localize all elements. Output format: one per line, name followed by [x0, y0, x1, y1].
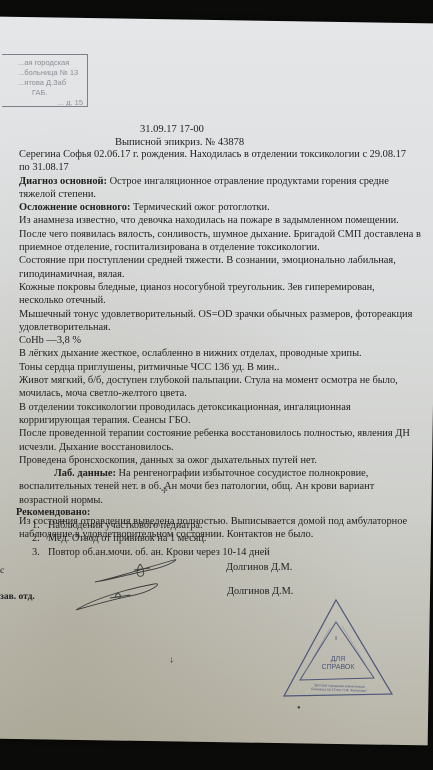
stamp-line: ...больница № 13: [18, 68, 83, 78]
stamp-line: ГАБ.: [18, 88, 83, 98]
document-date-time: 31.09.17 17-00: [140, 123, 204, 136]
body-line: CoHb —3,8 %: [19, 334, 419, 347]
recommendations-title: Рекомендовано:: [16, 506, 90, 519]
item-text: Повтор об.ан.мочи. об. ан. Крови через 1…: [48, 547, 270, 558]
diagnosis-line: тяжелой степени.: [19, 188, 419, 201]
diagnosis-text: Острое ингаляционное отравление продукта…: [107, 176, 389, 187]
body-line: После проведенной терапии состояние ребе…: [19, 427, 419, 440]
lab-line: Лаб. данные: На ренгенографии избыточное…: [19, 467, 419, 480]
stamp-line: ... д. 15: [18, 98, 83, 108]
stamp-line: ...ятова Д.Заб: [18, 78, 83, 88]
lab-line: воспалительных теней нет. в об. Ан мочи …: [19, 480, 419, 493]
body-line: мочилась, моча светло-желтого цвета.: [19, 387, 419, 400]
signature-icon: [72, 580, 162, 614]
complication-line: Осложнение основного: Термический ожог р…: [19, 201, 419, 214]
document-content: ...ая городская ...больница № 13 ...ятов…: [0, 0, 433, 770]
head-doctor-name: Долгинов Д.М.: [227, 585, 293, 598]
doctor-name: Долгинов Д.М.: [226, 561, 292, 574]
recommendations-list: 1.Наблюдения участкового педиатра. 2.Мед…: [32, 519, 270, 559]
stamp-text: ДЛЯ: [282, 656, 394, 664]
body-line: Проведена бронсхоскопия, данных за ожог …: [19, 454, 419, 467]
document-body: Серегина Софья 02.06.17 г. рождения. Нах…: [19, 148, 419, 542]
body-line: удовлетворительная.: [19, 321, 419, 334]
complication-text: Термический ожог ротоглотки.: [130, 202, 269, 213]
ink-dot: ●: [297, 702, 301, 715]
item-number: 2.: [32, 532, 48, 545]
complication-label: Осложнение основного:: [19, 202, 130, 213]
item-text: Наблюдения участкового педиатра.: [48, 520, 203, 531]
body-line: исчезли. Дыхание восстановилось.: [19, 441, 419, 454]
body-line: В отделении токсикологии проводилась дет…: [19, 401, 419, 414]
stamp-text: СПРАВОК: [282, 664, 394, 672]
signature-label-head: зав. отд.: [0, 591, 35, 604]
body-line: После чего появилась вялость, сонливость…: [19, 228, 419, 241]
body-line: Из анамнеза известно, что девочка находи…: [19, 214, 419, 227]
lab-label: Лаб. данные:: [54, 468, 116, 479]
body-line: несколько отечный.: [19, 294, 419, 307]
item-number: 1.: [32, 519, 48, 532]
ink-mark: ✢: [161, 484, 168, 497]
item-text: Мед. Отвод от прививок на 1 месяц.: [48, 533, 207, 544]
body-line: Тоны сердца приглушены, ритмичные ЧСС 13…: [19, 361, 419, 374]
recommendation-item: 3.Повтор об.ан.мочи. об. ан. Крови через…: [32, 546, 270, 559]
photo-scene: ...ая городская ...больница № 13 ...ятов…: [0, 0, 433, 770]
signature-label: с: [0, 565, 4, 578]
body-line: Живот мягкий, б/б, доступен глубокой пал…: [19, 374, 419, 387]
hospital-header-stamp: ...ая городская ...больница № 13 ...ятов…: [2, 54, 88, 107]
stamp-line: ...ая городская: [18, 58, 83, 68]
body-line: В лёгких дыхание жесткое, ослабленно в н…: [19, 347, 419, 360]
lab-text: На ренгенографии избыточное сосудистое п…: [116, 468, 368, 479]
body-line: приемное отделение, госпитализирована в …: [19, 241, 419, 254]
body-line: Состояние при поступлении средней тяжест…: [19, 254, 419, 267]
body-line: Кожные покровы бледные, цианоз носогубно…: [19, 281, 419, 294]
patient-line: Серегина Софья 02.06.17 г. рождения. Нах…: [19, 148, 419, 161]
recommendation-item: 1.Наблюдения участкового педиатра.: [32, 519, 270, 532]
diagnosis-line: Диагноз основной: Острое ингаляционное о…: [19, 175, 419, 188]
item-number: 3.: [32, 546, 48, 559]
body-line: корригирующая терапия. Сеансы ГБО.: [19, 414, 419, 427]
recommendation-item: 2.Мед. Отвод от прививок на 1 месяц.: [32, 532, 270, 545]
diagnosis-label: Диагноз основной:: [19, 176, 107, 187]
signature-icon: [90, 556, 180, 588]
triangle-stamp: ДЛЯ СПРАВОК "Детская городская клиническ…: [282, 598, 394, 700]
body-line: гиподинамичная, вялая.: [19, 268, 419, 281]
body-line: Мышечный тонус удовлетворительный. OS=OD…: [19, 308, 419, 321]
patient-line: по 31.08.17: [19, 161, 419, 174]
ink-mark: ⸸: [170, 655, 173, 668]
